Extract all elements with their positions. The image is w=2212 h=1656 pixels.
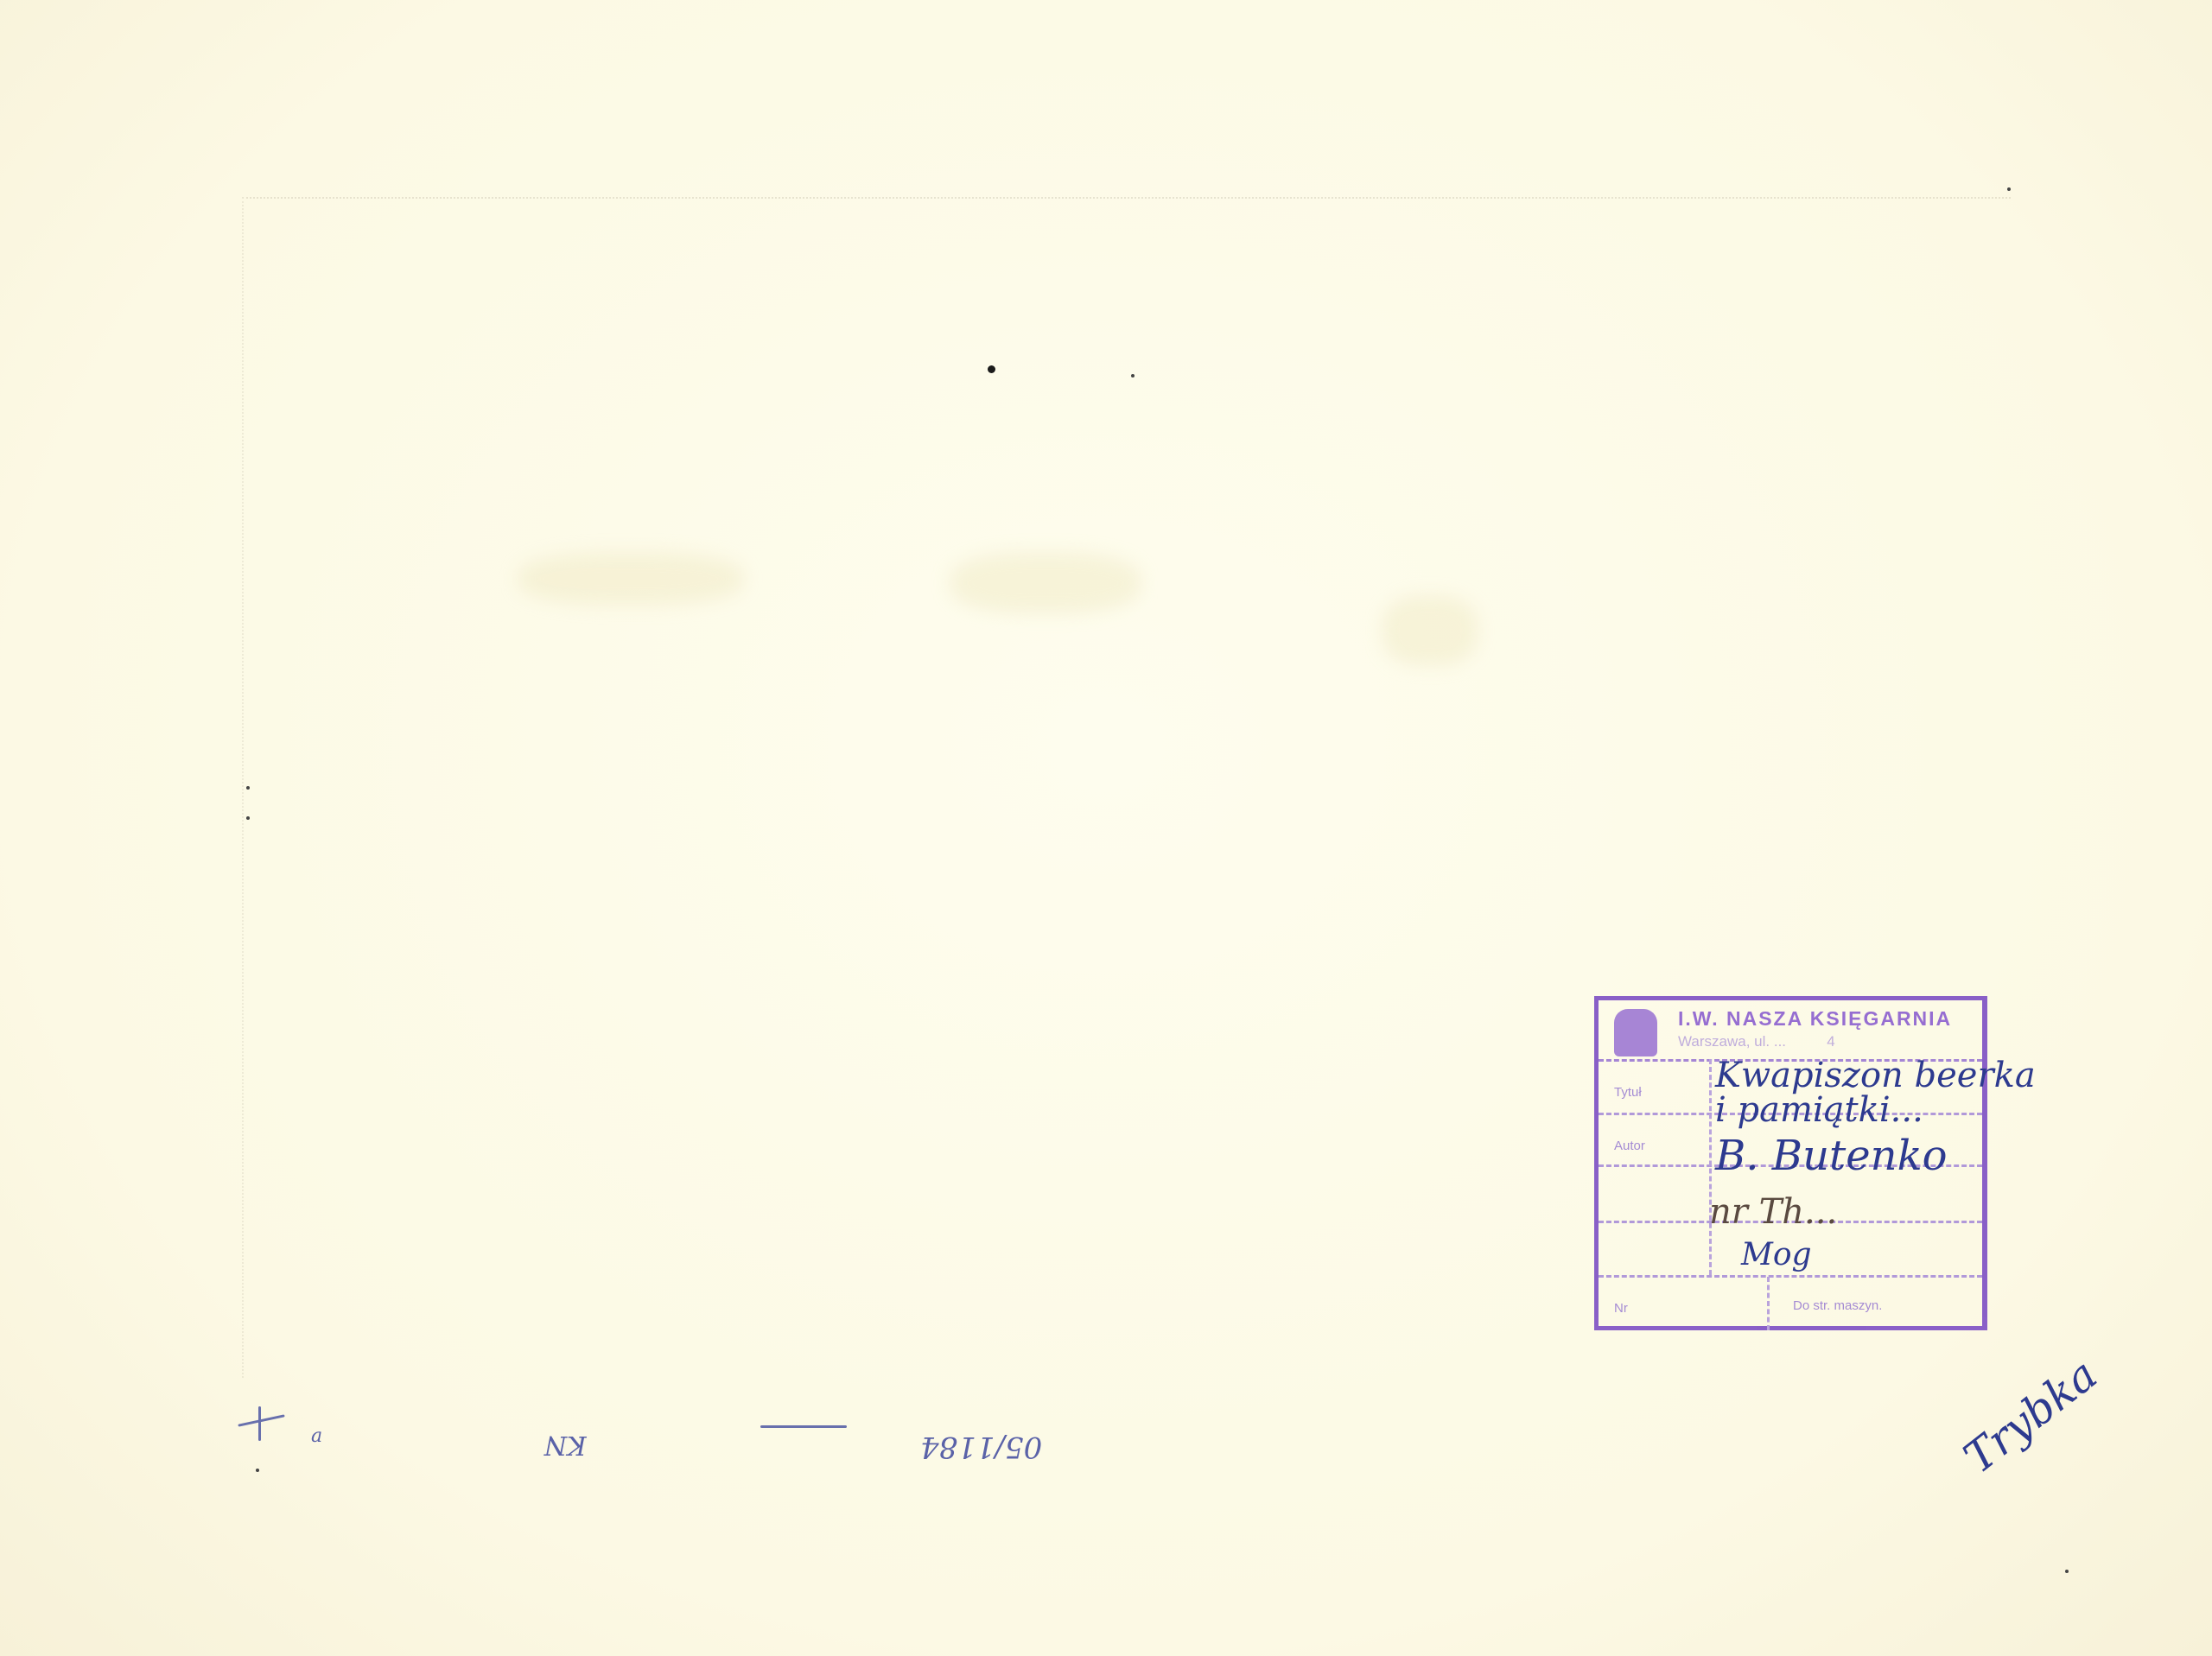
pencil-stroke xyxy=(258,1406,261,1441)
ink-speck xyxy=(2065,1570,2069,1573)
stamp-number-label: Nr xyxy=(1614,1301,1628,1316)
stamp-publisher: I.W. NASZA KSIĘGARNIA xyxy=(1678,1007,1952,1031)
handwritten-signature: nr Th... xyxy=(1709,1192,1837,1232)
margin-note-ref: KN xyxy=(544,1430,587,1460)
show-through-stain xyxy=(950,553,1141,613)
stamp-row-divider xyxy=(1599,1275,1982,1278)
pencil-stroke xyxy=(760,1425,847,1428)
margin-note-small: a xyxy=(311,1425,322,1447)
stamp-address: Warszawa, ul. ... 4 xyxy=(1678,1033,1835,1050)
ink-speck xyxy=(2007,187,2011,191)
ink-speck xyxy=(246,786,250,790)
publisher-logo-icon xyxy=(1614,1009,1657,1056)
ink-speck xyxy=(1131,374,1135,378)
show-through-stain xyxy=(518,553,743,605)
stamp-author-label: Autor xyxy=(1614,1139,1645,1153)
handwritten-mark: Mog xyxy=(1741,1237,1812,1272)
stamp-column-divider xyxy=(1767,1277,1770,1330)
stamp-header: I.W. NASZA KSIĘGARNIA Warszawa, ul. ... … xyxy=(1599,1000,1982,1062)
handwritten-title-line2: i pamiątki... xyxy=(1715,1090,1923,1130)
stamp-title-label: Tytuł xyxy=(1614,1085,1642,1100)
margin-note-catalog: 05/1184 xyxy=(920,1430,1042,1464)
ink-speck xyxy=(246,816,250,820)
stamp-page-label: Do str. maszyn. xyxy=(1793,1298,1882,1313)
ink-speck xyxy=(988,365,995,373)
ink-speck xyxy=(256,1469,259,1472)
stamp-column-divider xyxy=(1709,1059,1712,1275)
show-through-stain xyxy=(1382,596,1478,665)
handwritten-author: B. Butenko xyxy=(1715,1132,1948,1180)
